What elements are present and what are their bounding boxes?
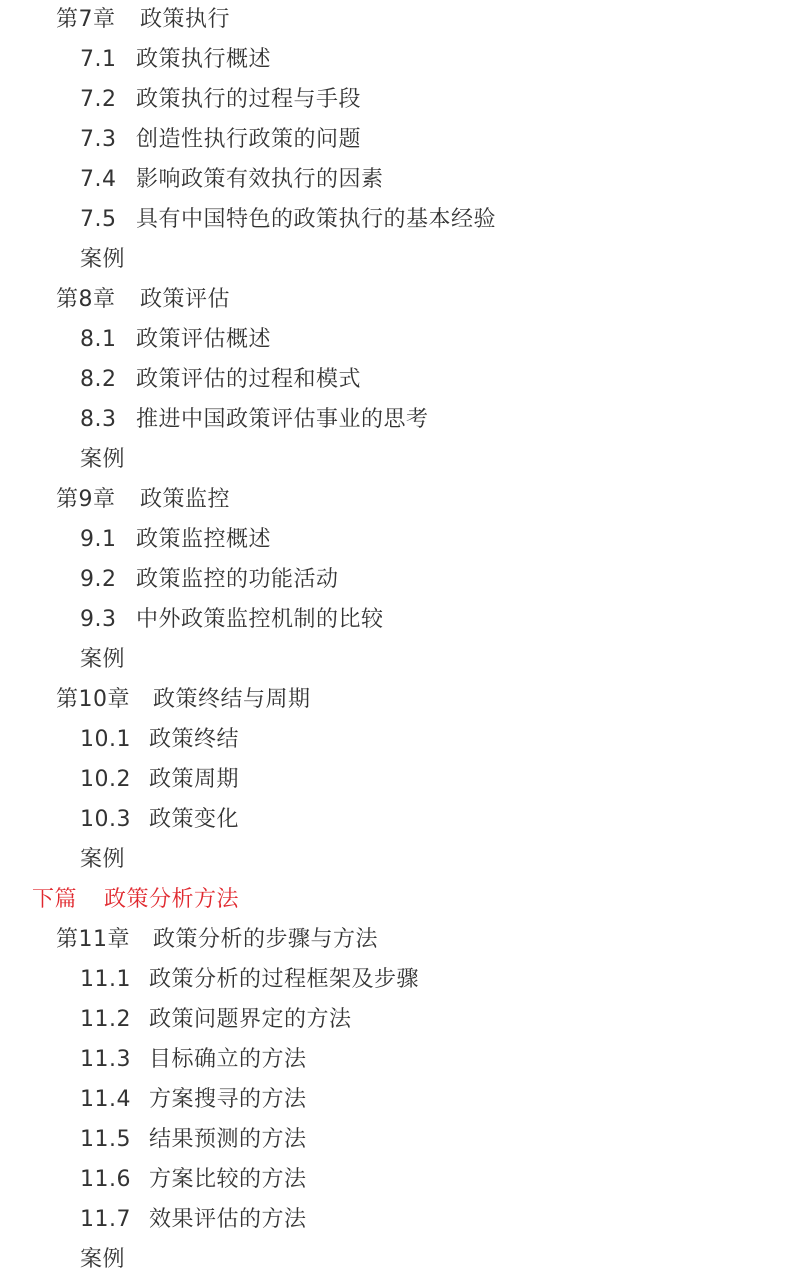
part-title: 政策分析方法 bbox=[104, 880, 239, 920]
section-number: 11.1 bbox=[80, 960, 149, 1000]
section-number: 7.4 bbox=[80, 160, 136, 200]
toc-chapter-7[interactable]: 第7章政策执行 bbox=[56, 0, 230, 40]
toc-section-10-3[interactable]: 10.3政策变化 bbox=[80, 800, 239, 840]
section-number: 9.1 bbox=[80, 520, 136, 560]
toc-chapter-11[interactable]: 第11章政策分析的步骤与方法 bbox=[56, 920, 378, 960]
section-number: 11.6 bbox=[80, 1160, 149, 1200]
toc-section-11-6[interactable]: 11.6方案比较的方法 bbox=[80, 1160, 307, 1200]
toc-section-11-3[interactable]: 11.3目标确立的方法 bbox=[80, 1040, 307, 1080]
section-title: 创造性执行政策的问题 bbox=[136, 120, 361, 160]
section-title: 政策评估的过程和模式 bbox=[136, 360, 361, 400]
section-number: 11.4 bbox=[80, 1080, 149, 1120]
section-title: 政策评估概述 bbox=[136, 320, 271, 360]
toc-section-7-4[interactable]: 7.4影响政策有效执行的因素 bbox=[80, 160, 384, 200]
part-number: 下篇 bbox=[32, 880, 104, 920]
section-title: 政策执行的过程与手段 bbox=[136, 80, 361, 120]
chapter-number: 第7章 bbox=[56, 0, 140, 40]
section-title: 政策分析的过程框架及步骤 bbox=[149, 960, 419, 1000]
chapter-title: 政策评估 bbox=[140, 280, 230, 320]
toc-part-lower[interactable]: 下篇政策分析方法 bbox=[32, 880, 239, 920]
section-title: 政策变化 bbox=[149, 800, 239, 840]
toc-chapter-8[interactable]: 第8章政策评估 bbox=[56, 280, 230, 320]
section-title: 影响政策有效执行的因素 bbox=[136, 160, 384, 200]
section-number: 8.1 bbox=[80, 320, 136, 360]
toc-section-8-3[interactable]: 8.3推进中国政策评估事业的思考 bbox=[80, 400, 429, 440]
toc-chapter-9[interactable]: 第9章政策监控 bbox=[56, 480, 230, 520]
section-title: 政策执行概述 bbox=[136, 40, 271, 80]
toc-case-10[interactable]: 案例 bbox=[80, 840, 125, 880]
section-number: 11.3 bbox=[80, 1040, 149, 1080]
section-number: 7.2 bbox=[80, 80, 136, 120]
chapter-number: 第9章 bbox=[56, 480, 140, 520]
case-title: 案例 bbox=[80, 440, 125, 480]
chapter-title: 政策执行 bbox=[140, 0, 230, 40]
toc-section-11-7[interactable]: 11.7效果评估的方法 bbox=[80, 1200, 307, 1240]
toc-section-10-1[interactable]: 10.1政策终结 bbox=[80, 720, 239, 760]
section-title: 方案比较的方法 bbox=[149, 1160, 307, 1200]
section-title: 具有中国特色的政策执行的基本经验 bbox=[136, 200, 496, 240]
section-title: 推进中国政策评估事业的思考 bbox=[136, 400, 429, 440]
section-number: 10.1 bbox=[80, 720, 149, 760]
section-number: 7.3 bbox=[80, 120, 136, 160]
section-number: 10.2 bbox=[80, 760, 149, 800]
section-title: 中外政策监控机制的比较 bbox=[136, 600, 384, 640]
case-title: 案例 bbox=[80, 1240, 125, 1280]
section-number: 10.3 bbox=[80, 800, 149, 840]
section-title: 目标确立的方法 bbox=[149, 1040, 307, 1080]
case-title: 案例 bbox=[80, 640, 125, 680]
section-title: 政策周期 bbox=[149, 760, 239, 800]
section-title: 方案搜寻的方法 bbox=[149, 1080, 307, 1120]
toc-section-7-1[interactable]: 7.1政策执行概述 bbox=[80, 40, 271, 80]
toc-section-7-5[interactable]: 7.5具有中国特色的政策执行的基本经验 bbox=[80, 200, 496, 240]
section-title: 政策问题界定的方法 bbox=[149, 1000, 352, 1040]
toc-case-9[interactable]: 案例 bbox=[80, 640, 125, 680]
section-number: 9.3 bbox=[80, 600, 136, 640]
toc-case-11[interactable]: 案例 bbox=[80, 1240, 125, 1280]
section-number: 8.3 bbox=[80, 400, 136, 440]
toc-section-11-4[interactable]: 11.4方案搜寻的方法 bbox=[80, 1080, 307, 1120]
toc-section-9-3[interactable]: 9.3中外政策监控机制的比较 bbox=[80, 600, 384, 640]
toc-section-11-5[interactable]: 11.5结果预测的方法 bbox=[80, 1120, 307, 1160]
toc-section-8-1[interactable]: 8.1政策评估概述 bbox=[80, 320, 271, 360]
chapter-number: 第11章 bbox=[56, 920, 153, 960]
section-number: 8.2 bbox=[80, 360, 136, 400]
case-title: 案例 bbox=[80, 840, 125, 880]
toc-section-7-3[interactable]: 7.3创造性执行政策的问题 bbox=[80, 120, 361, 160]
section-number: 11.2 bbox=[80, 1000, 149, 1040]
toc-section-8-2[interactable]: 8.2政策评估的过程和模式 bbox=[80, 360, 361, 400]
toc-section-9-2[interactable]: 9.2政策监控的功能活动 bbox=[80, 560, 339, 600]
toc-case-8[interactable]: 案例 bbox=[80, 440, 125, 480]
section-number: 7.1 bbox=[80, 40, 136, 80]
section-number: 7.5 bbox=[80, 200, 136, 240]
section-number: 11.7 bbox=[80, 1200, 149, 1240]
toc-chapter-10[interactable]: 第10章政策终结与周期 bbox=[56, 680, 311, 720]
toc-case-7[interactable]: 案例 bbox=[80, 240, 125, 280]
toc-section-9-1[interactable]: 9.1政策监控概述 bbox=[80, 520, 271, 560]
section-title: 结果预测的方法 bbox=[149, 1120, 307, 1160]
toc-section-11-2[interactable]: 11.2政策问题界定的方法 bbox=[80, 1000, 352, 1040]
toc-section-10-2[interactable]: 10.2政策周期 bbox=[80, 760, 239, 800]
chapter-title: 政策分析的步骤与方法 bbox=[153, 920, 378, 960]
section-title: 政策终结 bbox=[149, 720, 239, 760]
section-number: 11.5 bbox=[80, 1120, 149, 1160]
chapter-number: 第10章 bbox=[56, 680, 153, 720]
toc-section-11-1[interactable]: 11.1政策分析的过程框架及步骤 bbox=[80, 960, 419, 1000]
section-title: 政策监控概述 bbox=[136, 520, 271, 560]
section-title: 政策监控的功能活动 bbox=[136, 560, 339, 600]
section-title: 效果评估的方法 bbox=[149, 1200, 307, 1240]
chapter-title: 政策监控 bbox=[140, 480, 230, 520]
case-title: 案例 bbox=[80, 240, 125, 280]
toc-section-7-2[interactable]: 7.2政策执行的过程与手段 bbox=[80, 80, 361, 120]
chapter-number: 第8章 bbox=[56, 280, 140, 320]
section-number: 9.2 bbox=[80, 560, 136, 600]
chapter-title: 政策终结与周期 bbox=[153, 680, 311, 720]
